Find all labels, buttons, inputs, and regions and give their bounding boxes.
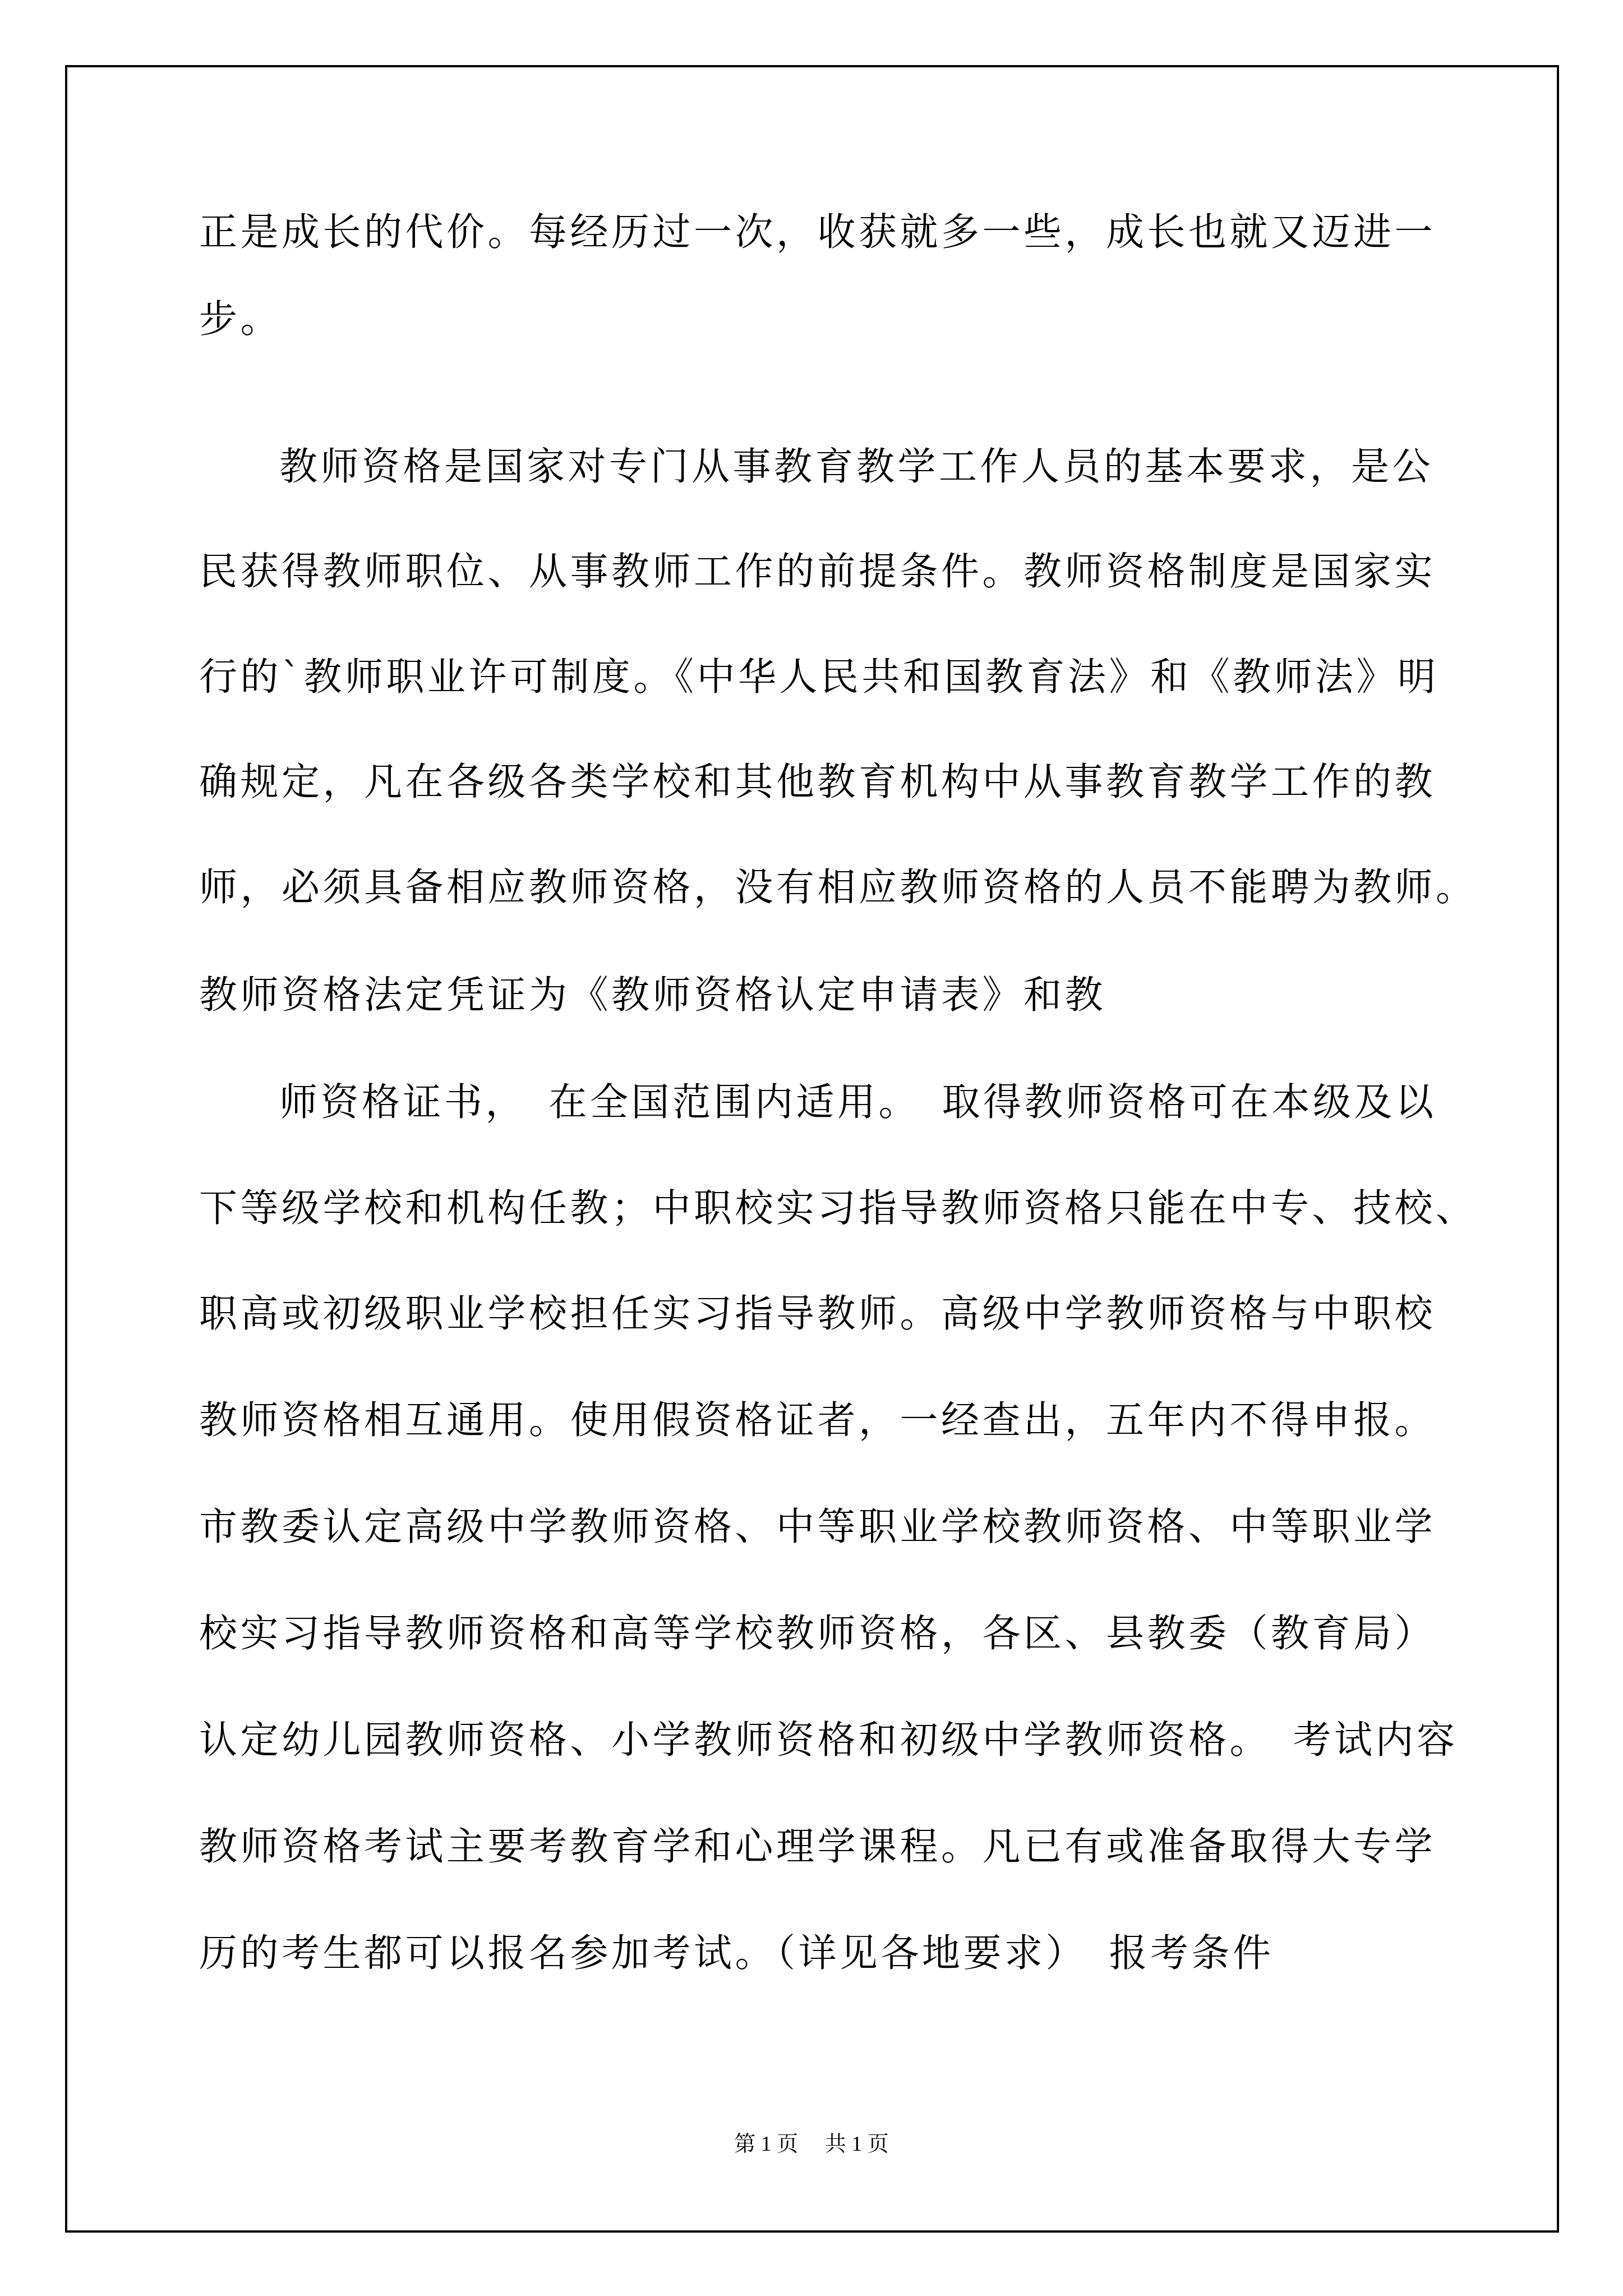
- paragraph-line: 确规定，凡在各级各类学校和其他教育机构中从事教育教学工作的教: [199, 760, 1436, 805]
- paragraph-line: 认定幼儿园教师资格、小学教师资格和初级中学教师资格。 考试内容: [199, 1718, 1458, 1763]
- paragraph-line: 下等级学校和机构任教；中职校实习指导教师资格只能在中专、技校、: [199, 1186, 1477, 1231]
- paragraph-line: 正是成长的代价。每经历过一次，收获就多一些，成长也就又迈进一: [199, 210, 1436, 255]
- page-number-footer: 第 1 页 共 1 页: [0, 2126, 1623, 2157]
- paragraph-line: 教师资格考试主要考教育学和心理学课程。凡已有或准备取得大专学: [199, 1825, 1436, 1870]
- paragraph-line: 教师资格是国家对专门从事教育教学工作人员的基本要求，是公: [279, 445, 1433, 490]
- paragraph-line: 步。: [199, 297, 282, 342]
- paragraph-line: 历的考生都可以报名参加考试。（详见各地要求） 报考条件: [199, 1931, 1274, 1976]
- paragraph-line: 师，必须具备相应教师资格，没有相应教师资格的人员不能聘为教师。: [199, 866, 1477, 910]
- paragraph-line: 校实习指导教师资格和高等学校教师资格，各区、县教委（教育局）: [199, 1612, 1436, 1657]
- paragraph-line: 行的`教师职业许可制度。《中华人民共和国教育法》和《教师法》明: [199, 655, 1439, 700]
- paragraph-line: 教师资格相互通用。使用假资格证者，一经查出，五年内不得申报。: [199, 1398, 1436, 1443]
- paragraph-line: 教师资格法定凭证为《教师资格认定申请表》和教: [199, 973, 1106, 1018]
- paragraph-line: 师资格证书， 在全国范围内适用。 取得教师资格可在本级及以: [279, 1080, 1437, 1125]
- page-border: [65, 65, 1559, 2233]
- paragraph-line: 民获得教师职位、从事教师工作的前提条件。教师资格制度是国家实: [199, 550, 1436, 595]
- paragraph-line: 市教委认定高级中学教师资格、中等职业学校教师资格、中等职业学: [199, 1505, 1436, 1550]
- paragraph-line: 职高或初级职业学校担任实习指导教师。高级中学教师资格与中职校: [199, 1292, 1436, 1337]
